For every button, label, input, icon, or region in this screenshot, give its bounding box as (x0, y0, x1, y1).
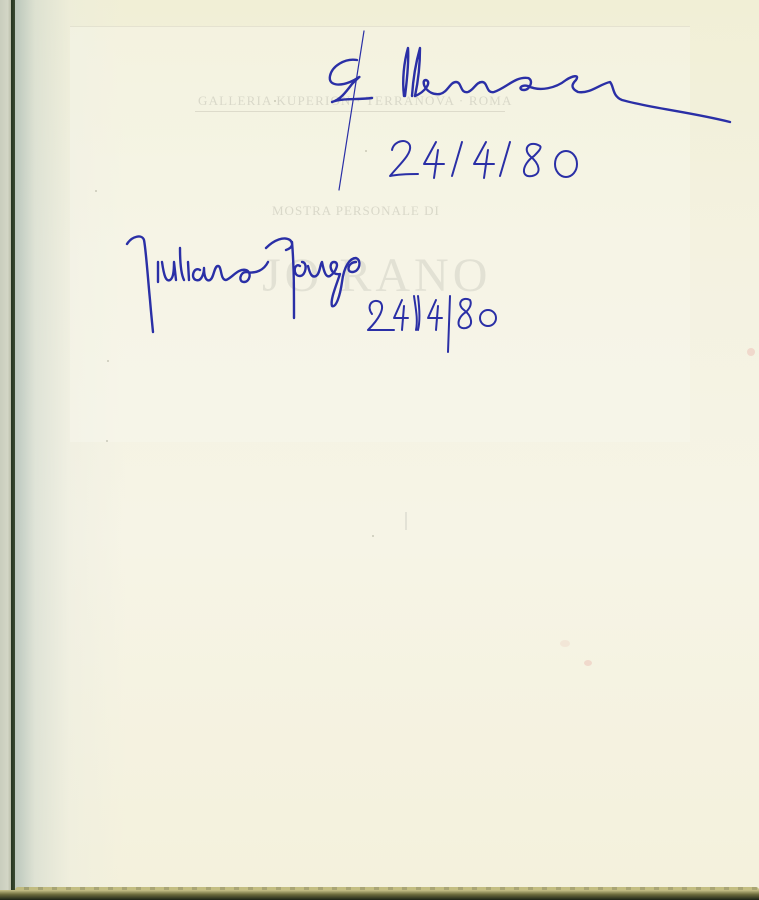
scanned-page: GALLERIA KUPERION · TERRANOVA · ROMA MOS… (0, 0, 759, 900)
signature-1-text: R. Meneghini (330, 60, 331, 61)
paper-speck (372, 535, 374, 537)
paper-stain (584, 660, 592, 666)
paper-speck (107, 360, 109, 362)
show-through-exhibition-line: MOSTRA PERSONALE DI (272, 203, 440, 219)
book-binding-strip (0, 0, 11, 900)
guestbook-page (15, 0, 759, 893)
book-bottom-edge (0, 890, 759, 900)
paper-speck (274, 100, 276, 102)
paper-speck (365, 150, 367, 152)
show-through-artist-name: JO RANO (262, 248, 491, 303)
paper-speck (106, 440, 108, 442)
paper-stain (560, 640, 570, 647)
show-through-rule (195, 111, 505, 112)
signature-2-text: Giuliano Tonugo (130, 240, 131, 241)
paper-stain (747, 348, 755, 356)
signature-1-date: 24/4/80 (390, 140, 391, 141)
show-through-mark (405, 512, 415, 530)
show-through-gallery-line: GALLERIA KUPERION · TERRANOVA · ROMA (198, 93, 513, 109)
signature-2-date: 24/4/80 (365, 300, 366, 301)
paper-speck (95, 190, 97, 192)
show-through-panel (70, 26, 690, 442)
